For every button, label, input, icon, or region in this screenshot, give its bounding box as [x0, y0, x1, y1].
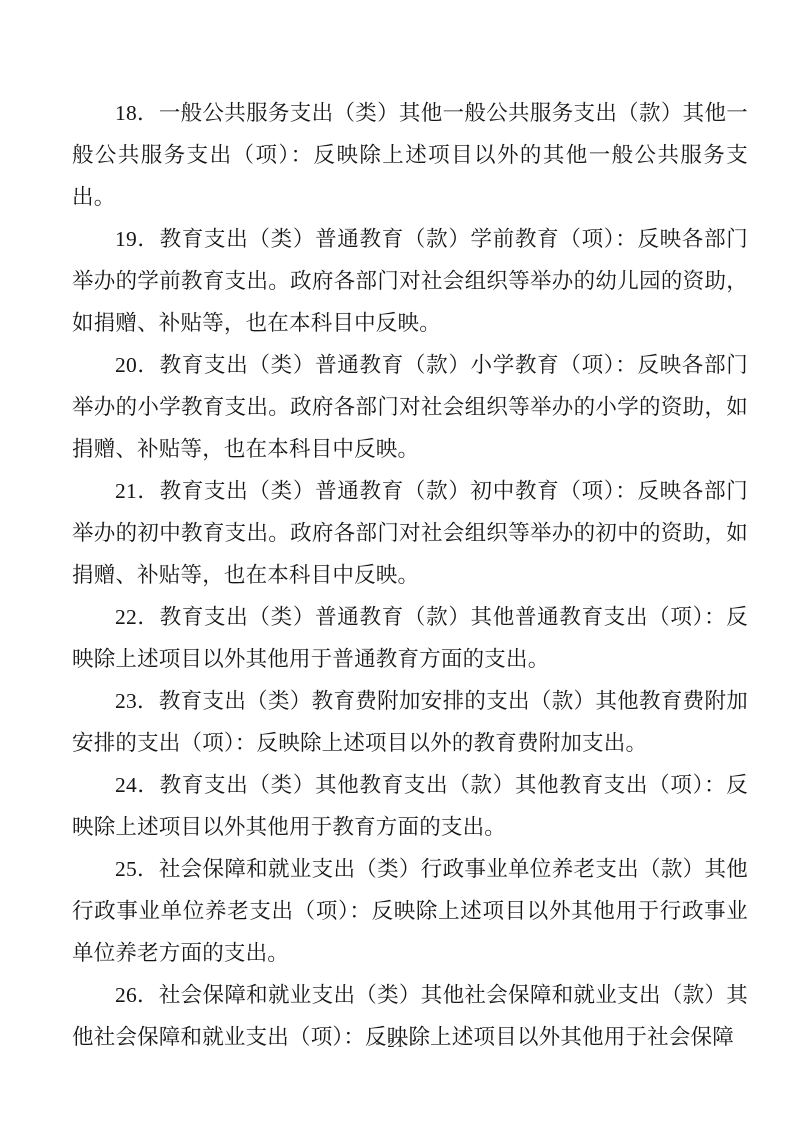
- paragraph-21: 21．教育支出（类）普通教育（款）初中教育（项）：反映各部门举办的初中教育支出。…: [72, 470, 748, 596]
- paragraph-19: 19．教育支出（类）普通教育（款）学前教育（项）：反映各部门举办的学前教育支出。…: [72, 218, 748, 344]
- page-number: - 21 -: [0, 1036, 793, 1052]
- paragraph-25: 25．社会保障和就业支出（类）行政事业单位养老支出（款）其他行政事业单位养老支出…: [72, 848, 748, 974]
- paragraph-24: 24．教育支出（类）其他教育支出（款）其他教育支出（项）：反映除上述项目以外其他…: [72, 764, 748, 848]
- paragraph-23: 23．教育支出（类）教育费附加安排的支出（款）其他教育费附加安排的支出（项）：反…: [72, 680, 748, 764]
- paragraph-18: 18．一般公共服务支出（类）其他一般公共服务支出（款）其他一般公共服务支出（项）…: [72, 92, 748, 218]
- document-page: 18．一般公共服务支出（类）其他一般公共服务支出（款）其他一般公共服务支出（项）…: [0, 0, 793, 1122]
- document-body: 18．一般公共服务支出（类）其他一般公共服务支出（款）其他一般公共服务支出（项）…: [72, 92, 748, 1058]
- paragraph-22: 22．教育支出（类）普通教育（款）其他普通教育支出（项）：反映除上述项目以外其他…: [72, 596, 748, 680]
- paragraph-20: 20．教育支出（类）普通教育（款）小学教育（项）：反映各部门举办的小学教育支出。…: [72, 344, 748, 470]
